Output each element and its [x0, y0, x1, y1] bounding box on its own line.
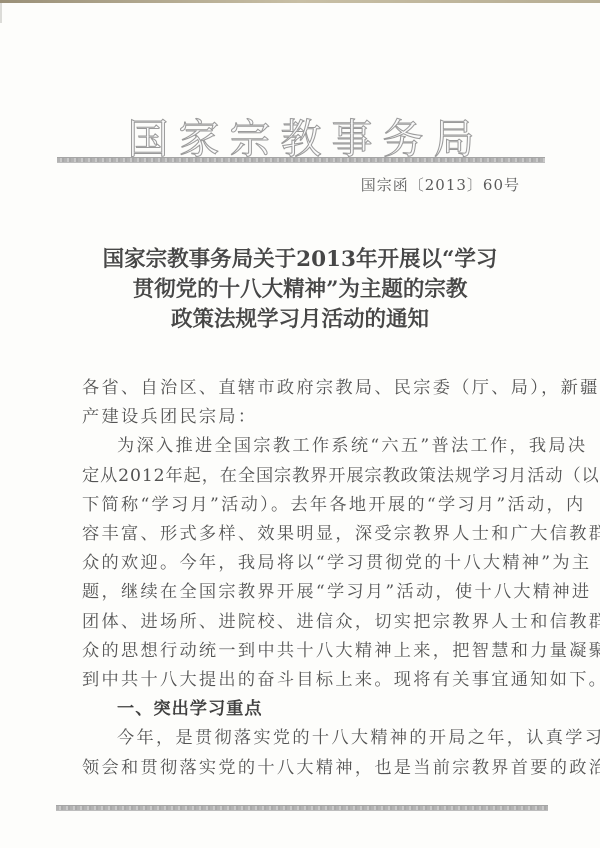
- paragraph-line: 众的欢迎。今年，我局将以“学习贯彻党的十八大精神”为主: [82, 549, 522, 578]
- paragraph-line: 容丰富、形式多样、效果明显，深受宗教界人士和广大信教群: [82, 520, 522, 549]
- paragraph-line: 题，继续在全国宗教界开展“学习月”活动，使十八大精神进: [82, 578, 522, 607]
- paragraph-line: 为深入推进全国宗教工作系统“六五”普法工作，我局决: [82, 432, 522, 461]
- paragraph-line: 领会和贯彻落实党的十八大精神，也是当前宗教界首要的政治: [82, 754, 522, 783]
- title-line: 贯彻党的十八大精神”为主题的宗教: [60, 275, 540, 305]
- paragraph-line: 定从2012年起，在全国宗教界开展宗教政策法规学习月活动（以: [82, 462, 522, 491]
- title-line: 国家宗教事务局关于2013年开展以“学习: [60, 245, 540, 275]
- title-line: 政策法规学习月活动的通知: [60, 305, 540, 335]
- document-number: 国宗函〔2013〕60号: [361, 174, 520, 195]
- paragraph-line: 团体、进场所、进院校、进信众，切实把宗教界人士和信教群: [82, 608, 522, 637]
- document-title: 国家宗教事务局关于2013年开展以“学习 贯彻党的十八大精神”为主题的宗教 政策…: [60, 245, 540, 335]
- section-heading: 一、突出学习重点: [82, 695, 522, 724]
- document-body: 各省、自治区、直辖市政府宗教局、民宗委（厅、局），新疆生 产建设兵团民宗局： 为…: [82, 374, 522, 783]
- scan-top-edge: [0, 0, 600, 3]
- footer-divider: [56, 805, 548, 811]
- addressee-line: 各省、自治区、直辖市政府宗教局、民宗委（厅、局），新疆生: [82, 374, 522, 403]
- paragraph-line: 到中共十八大提出的奋斗目标上来。现将有关事宜通知如下。: [82, 666, 522, 695]
- addressee-line: 产建设兵团民宗局：: [82, 403, 522, 432]
- letterhead-divider: [57, 157, 545, 163]
- paragraph-line: 下简称“学习月”活动）。去年各地开展的“学习月”活动，内: [82, 491, 522, 520]
- paragraph-line: 众的思想行动统一到中共十八大精神上来，把智慧和力量凝聚: [82, 637, 522, 666]
- scan-left-edge: [0, 3, 2, 23]
- paragraph-line: 今年，是贯彻落实党的十八大精神的开局之年，认真学习: [82, 724, 522, 753]
